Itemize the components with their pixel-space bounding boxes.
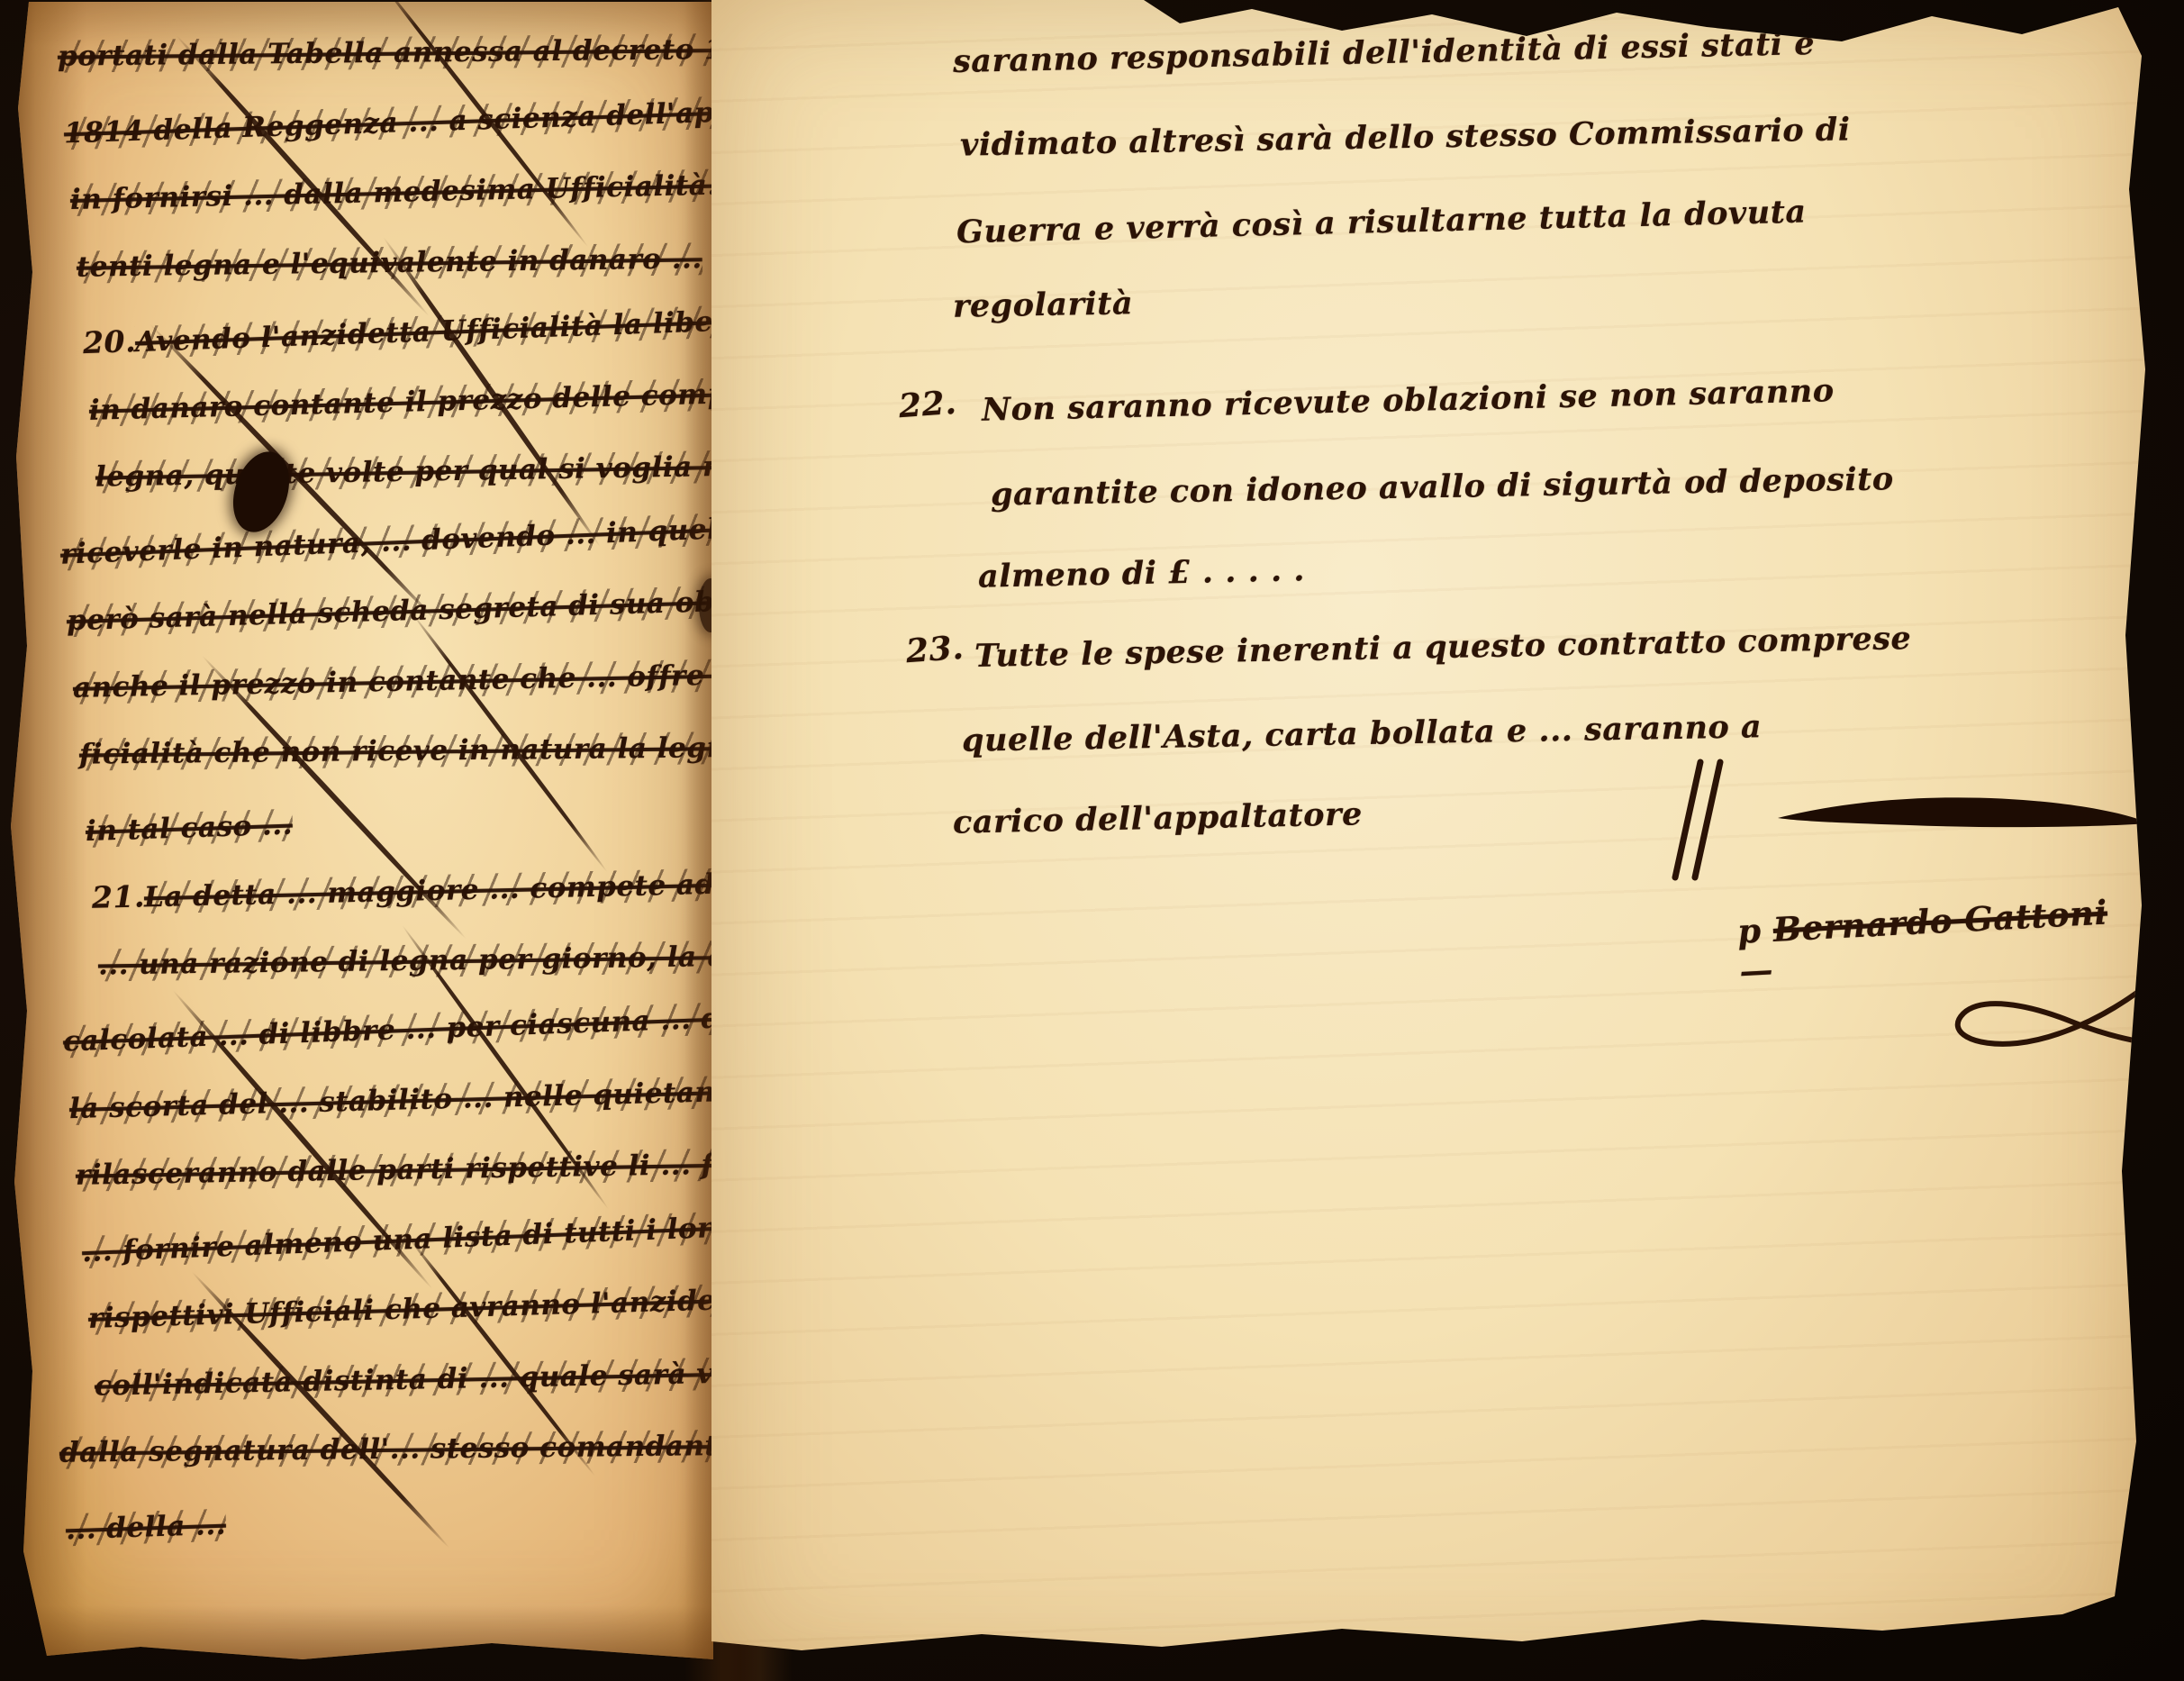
left-page-line: in fornirsi ... dalla medesima Ufficiali… bbox=[69, 154, 698, 239]
signature-dash: — bbox=[1738, 950, 1774, 991]
item-22-line: almeno di £ . . . . . bbox=[978, 551, 1306, 595]
right-page: saranno responsabili dell'identità di es… bbox=[711, 0, 2152, 1681]
ink-swash bbox=[1774, 782, 2152, 845]
right-page-text-block: saranno responsabili dell'identità di es… bbox=[711, 0, 2152, 1681]
struck-text: ... fornire almeno una lista di tutti i … bbox=[81, 1211, 731, 1268]
left-page-line: 21.La detta ... maggiore ... compete ad … bbox=[91, 852, 698, 936]
left-page-line: ... della ... bbox=[65, 1477, 698, 1567]
left-item-number: 21. bbox=[91, 865, 145, 929]
item-22-line: garantite con idoneo avallo di sigurtà o… bbox=[991, 460, 1894, 513]
left-page-line: coll'indicata distinta di ... quale sarà… bbox=[94, 1342, 697, 1424]
intro-line: vidimato altresì sarà dello stesso Commi… bbox=[960, 111, 1851, 163]
item-23-line: carico dell'appaltatore bbox=[953, 795, 1364, 841]
struck-text: ... della ... bbox=[65, 1508, 226, 1546]
struck-text: in tal caso ... bbox=[85, 808, 293, 847]
left-page-text-block: portati dalla Tabella annessa al decreto… bbox=[58, 22, 697, 1558]
left-page-line: anche il prezzo in contante che ... offr… bbox=[72, 644, 697, 726]
pen-slashes bbox=[1648, 757, 1729, 883]
item-number-22: 22. bbox=[898, 384, 958, 425]
struck-text: riceverle in natura, ... dovendo ... in … bbox=[59, 509, 800, 570]
item-22-line: Non saranno ricevute oblazioni se non sa… bbox=[982, 372, 1835, 428]
left-page: portati dalla Tabella annessa al decreto… bbox=[5, 2, 713, 1659]
signature-prefix: p bbox=[1736, 910, 1774, 951]
item-23-line: quelle dell'Asta, carta bollata e ... sa… bbox=[962, 708, 1763, 759]
left-page-line: dalla segnatura dell'... stesso comandan… bbox=[59, 1414, 698, 1491]
manuscript-spread: portati dalla Tabella annessa al decreto… bbox=[0, 0, 2184, 1681]
left-page-line: portati dalla Tabella annessa al decreto… bbox=[58, 18, 698, 95]
intro-line: saranno responsabili dell'identità di es… bbox=[953, 25, 1816, 80]
signature: p Bernardo Gattoni — bbox=[1736, 890, 2154, 991]
intro-line: Guerra e verrà così a risultarne tutta l… bbox=[956, 193, 1807, 250]
signature-name: Bernardo Gattoni bbox=[1772, 893, 2108, 950]
intro-line: regolarità bbox=[953, 285, 1134, 324]
item-23-line: Tutte le spese inerenti a questo contrat… bbox=[974, 620, 1912, 675]
left-item-number: 20. bbox=[82, 310, 136, 375]
left-page-line: ficialità che non riceve in natura la le… bbox=[79, 716, 698, 793]
struck-text: tenti legna e l'equivalente in danaro ..… bbox=[77, 242, 702, 283]
struck-text: ficialità che non riceve in natura la le… bbox=[79, 731, 804, 770]
item-number-23: 23. bbox=[905, 629, 965, 670]
